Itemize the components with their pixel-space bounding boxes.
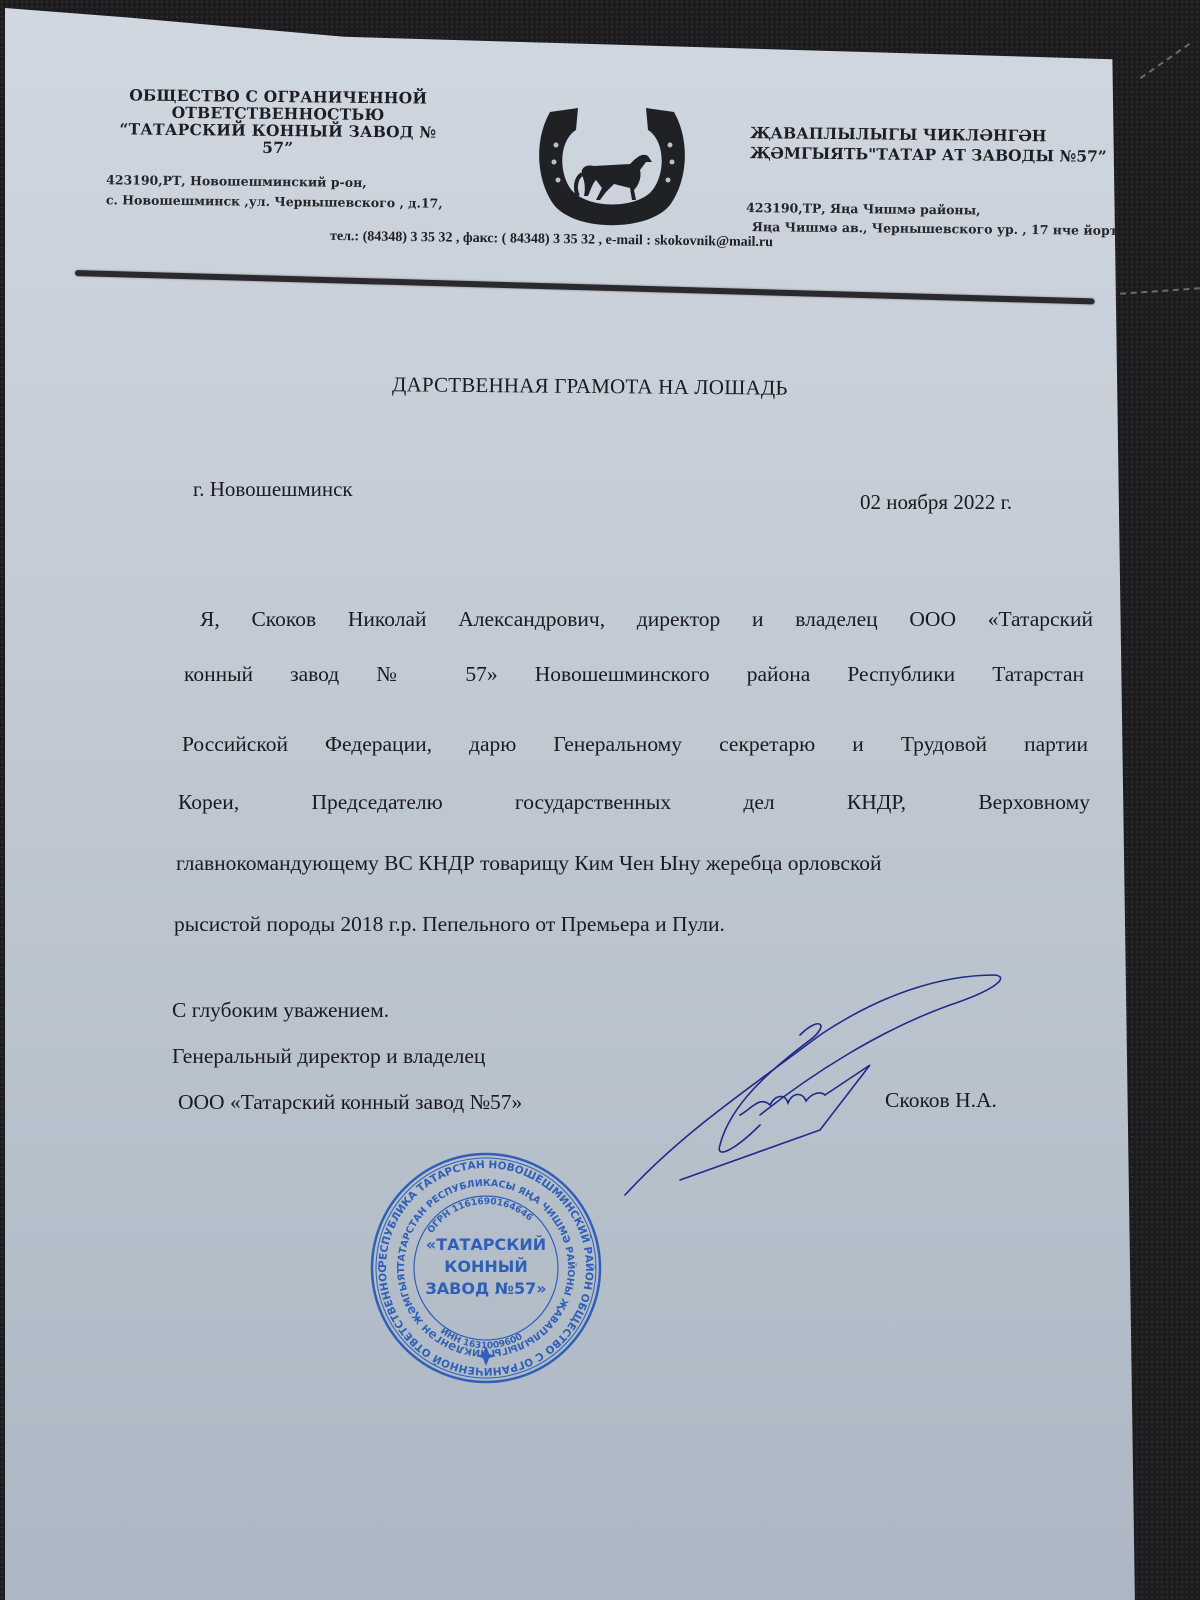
body-line: Российской Федерации, дарю Генеральному … bbox=[182, 732, 1088, 757]
address-line: с. Новошешминск ,ул. Чернышевского , д.1… bbox=[106, 190, 443, 214]
org-line: ҖӘМГЫЯТЬ"ТАТАР АТ ЗАВОДЫ №57” bbox=[750, 143, 1107, 167]
document-title: ДАРСТВЕННАЯ ГРАМОТА НА ЛОШАДЬ bbox=[392, 372, 788, 400]
body-line: Я, Скоков Николай Александрович, директо… bbox=[180, 607, 1093, 632]
closing-position: Генеральный директор и владелец bbox=[172, 1044, 485, 1069]
company-seal-stamp: РЕСПУБЛИКА ТАТАРСТАН НОВОШЕШМИНСКИЙ РАЙО… bbox=[368, 1150, 604, 1386]
letterhead-address-tt: 423190,ТР, Яңа Чишмә районы, Яңа Чишмә а… bbox=[746, 198, 1118, 240]
body-line: главнокомандующему ВС КНДР товарищу Ким … bbox=[176, 851, 1094, 876]
handwritten-signature bbox=[620, 945, 1020, 1205]
closing-greeting: С глубоким уважением. bbox=[172, 998, 389, 1023]
letterhead-org-name-tt: ҖАВАПЛЫЛЫГЫ ЧИКЛӘНГӘН ҖӘМГЫЯТЬ"ТАТАР АТ … bbox=[750, 123, 1107, 167]
org-line: “ТАТАРСКИЙ КОННЫЙ ЗАВОД № 57” bbox=[108, 120, 448, 158]
letterhead-org-name-ru: ОБЩЕСТВО С ОГРАНИЧЕННОЙ ОТВЕТСТВЕННОСТЬЮ… bbox=[108, 86, 449, 158]
seat-stitching bbox=[1140, 43, 1190, 79]
seat-stitching bbox=[1120, 287, 1200, 295]
stamp-center-line: ЗАВОД №57» bbox=[425, 1279, 546, 1298]
stamp-center-line: КОННЫЙ bbox=[444, 1257, 527, 1276]
document-date: 02 ноября 2022 г. bbox=[860, 490, 1012, 515]
address-line: Яңа Чишмә ав., Чернышевского ур. , 17 нч… bbox=[746, 217, 1118, 240]
body-line: рысистой породы 2018 г.р. Пепельного от … bbox=[174, 912, 904, 937]
document-city: г. Новошешминск bbox=[193, 477, 353, 502]
horseshoe-horse-logo-icon bbox=[530, 100, 695, 230]
letterhead-address-ru: 423190,РТ, Новошешминский р-он, с. Новош… bbox=[106, 170, 443, 214]
stamp-ogrn: ОГРН 1161690164646 bbox=[426, 1197, 534, 1235]
body-line: Кореи, Председателю государственных дел … bbox=[178, 790, 1090, 815]
closing-company: ООО «Татарский конный завод №57» bbox=[178, 1090, 522, 1115]
svg-text:ОГРН 1161690164646: ОГРН 1161690164646 bbox=[426, 1197, 534, 1235]
stamp-center-line: «ТАТАРСКИЙ bbox=[426, 1235, 546, 1254]
body-line: конный завод № 57» Новошешминского район… bbox=[184, 662, 1084, 687]
